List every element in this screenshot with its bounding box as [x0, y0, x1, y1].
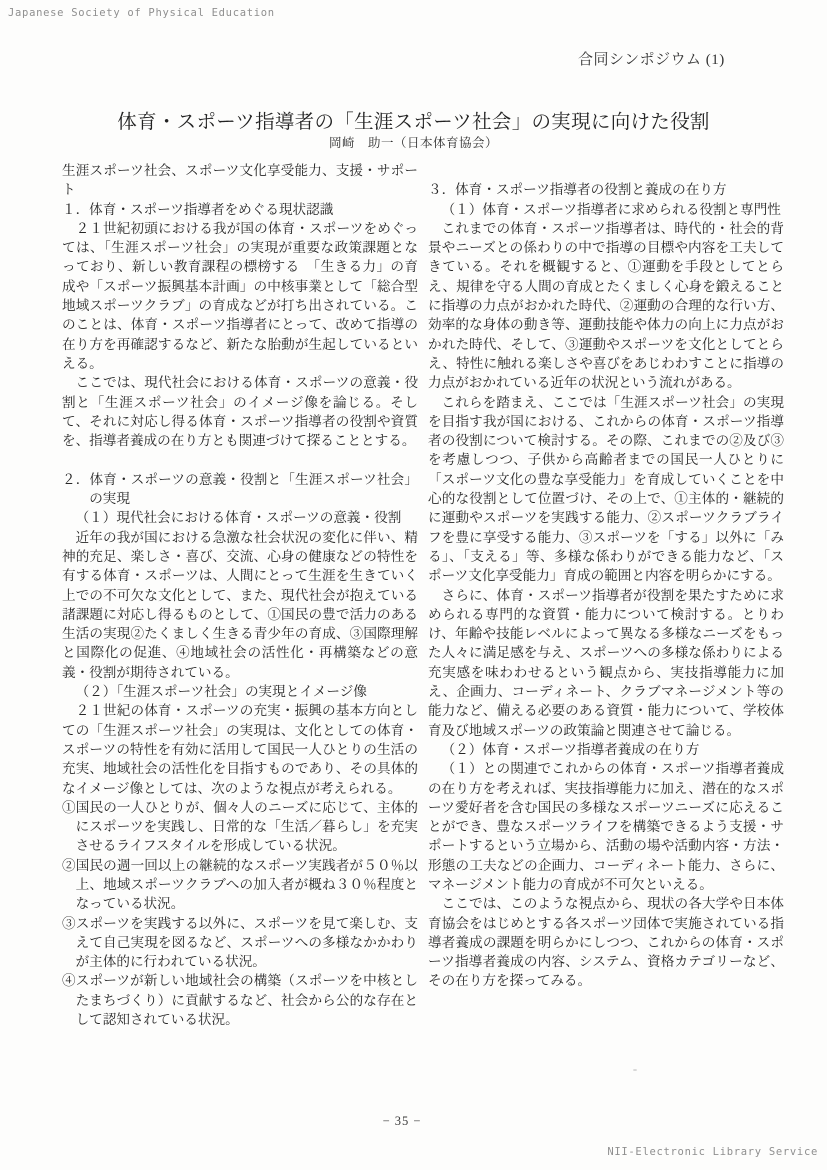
- document-body: 生涯スポーツ社会、スポーツ文化享受能力、支援・サポート １．体育・スポーツ指導者…: [62, 161, 784, 1029]
- list-item-3: ③スポーツを実践する以外に、スポーツを見て楽しむ、支えて自己実現を図るなど、スポ…: [62, 914, 418, 972]
- paragraph: ここでは、現代社会における体育・スポーツの意義・役割と「生涯スポーツ社会」のイメ…: [62, 373, 418, 450]
- paragraph: ここでは、このような視点から、現状の各大学や日本体育協会をはじめとする各スポーツ…: [428, 894, 784, 990]
- scanned-document-page: { "scan": { "header": "Japanese Society …: [0, 0, 827, 1170]
- paragraph: これらを踏まえ、ここでは「生涯スポーツ社会」の実現を目指す我が国における、これか…: [428, 393, 784, 586]
- blank-line: [62, 450, 418, 469]
- paragraph: ２１世紀の体育・スポーツの充実・振興の基本方向としての「生涯スポーツ社会」の実現…: [62, 701, 418, 797]
- paragraph: （１）との関連でこれからの体育・スポーツ指導者養成の在り方を考えれば、実技指導能…: [428, 759, 784, 894]
- scan-speck: [633, 1069, 637, 1071]
- page-number: − 35 −: [332, 1114, 472, 1129]
- right-column: ３．体育・スポーツ指導者の役割と養成の在り方 （１）体育・スポーツ指導者に求めら…: [428, 161, 784, 1029]
- keywords-line: 生涯スポーツ社会、スポーツ文化享受能力、支援・サポート: [62, 161, 418, 200]
- list-item-2: ②国民の週一回以上の継続的なスポーツ実践者が５０％以上、地域スポーツクラブへの加…: [62, 856, 418, 914]
- symposium-label: 合同シンポジウム (1): [578, 48, 725, 69]
- section-3-heading: ３．体育・スポーツ指導者の役割と養成の在り方: [428, 180, 784, 199]
- list-item-1: ①国民の一人ひとりが、個々人のニーズに応じて、主体的にスポーツを実践し、日常的な…: [62, 798, 418, 856]
- scanner-header-label: Japanese Society of Physical Education: [8, 7, 275, 19]
- paragraph: 近年の我が国における急激な社会状況の変化に伴い、精神的充足、楽しさ・喜び、交流、…: [62, 528, 418, 682]
- left-column: 生涯スポーツ社会、スポーツ文化享受能力、支援・サポート １．体育・スポーツ指導者…: [62, 161, 418, 1029]
- subsection-2-1-heading: （１）現代社会における体育・スポーツの意義・役割: [62, 508, 418, 527]
- paragraph: ２１世紀初頭における我が国の体育・スポーツをめぐっては、「生涯スポーツ社会」の実…: [62, 219, 418, 373]
- paragraph: さらに、体育・スポーツ指導者が役割を果たすために求められる専門的な資質・能力につ…: [428, 586, 784, 740]
- paper-title: 体育・スポーツ指導者の「生涯スポーツ社会」の実現に向けた役割: [0, 106, 827, 134]
- subsection-2-2-heading: （２）「生涯スポーツ社会」の実現とイメージ像: [62, 682, 418, 701]
- scanner-footer-label: NII-Electronic Library Service: [607, 1146, 818, 1158]
- subsection-3-1-heading: （１）体育・スポーツ指導者に求められる役割と専門性: [428, 200, 784, 219]
- section-1-heading: １．体育・スポーツ指導者をめぐる現状認識: [62, 200, 418, 219]
- paragraph: これまでの体育・スポーツ指導者は、時代的・社会的背景やニーズとの係わりの中で指導…: [428, 219, 784, 393]
- subsection-3-2-heading: （２）体育・スポーツ指導者養成の在り方: [428, 740, 784, 759]
- paper-author: 岡崎 助一（日本体育協会）: [0, 133, 827, 151]
- list-item-4: ④スポーツが新しい地域社会の構築（スポーツを中核としたまちづくり）に貢献するなど…: [62, 971, 418, 1029]
- section-2-heading: ２．体育・スポーツの意義・役割と「生涯スポーツ社会」の実現: [62, 470, 418, 509]
